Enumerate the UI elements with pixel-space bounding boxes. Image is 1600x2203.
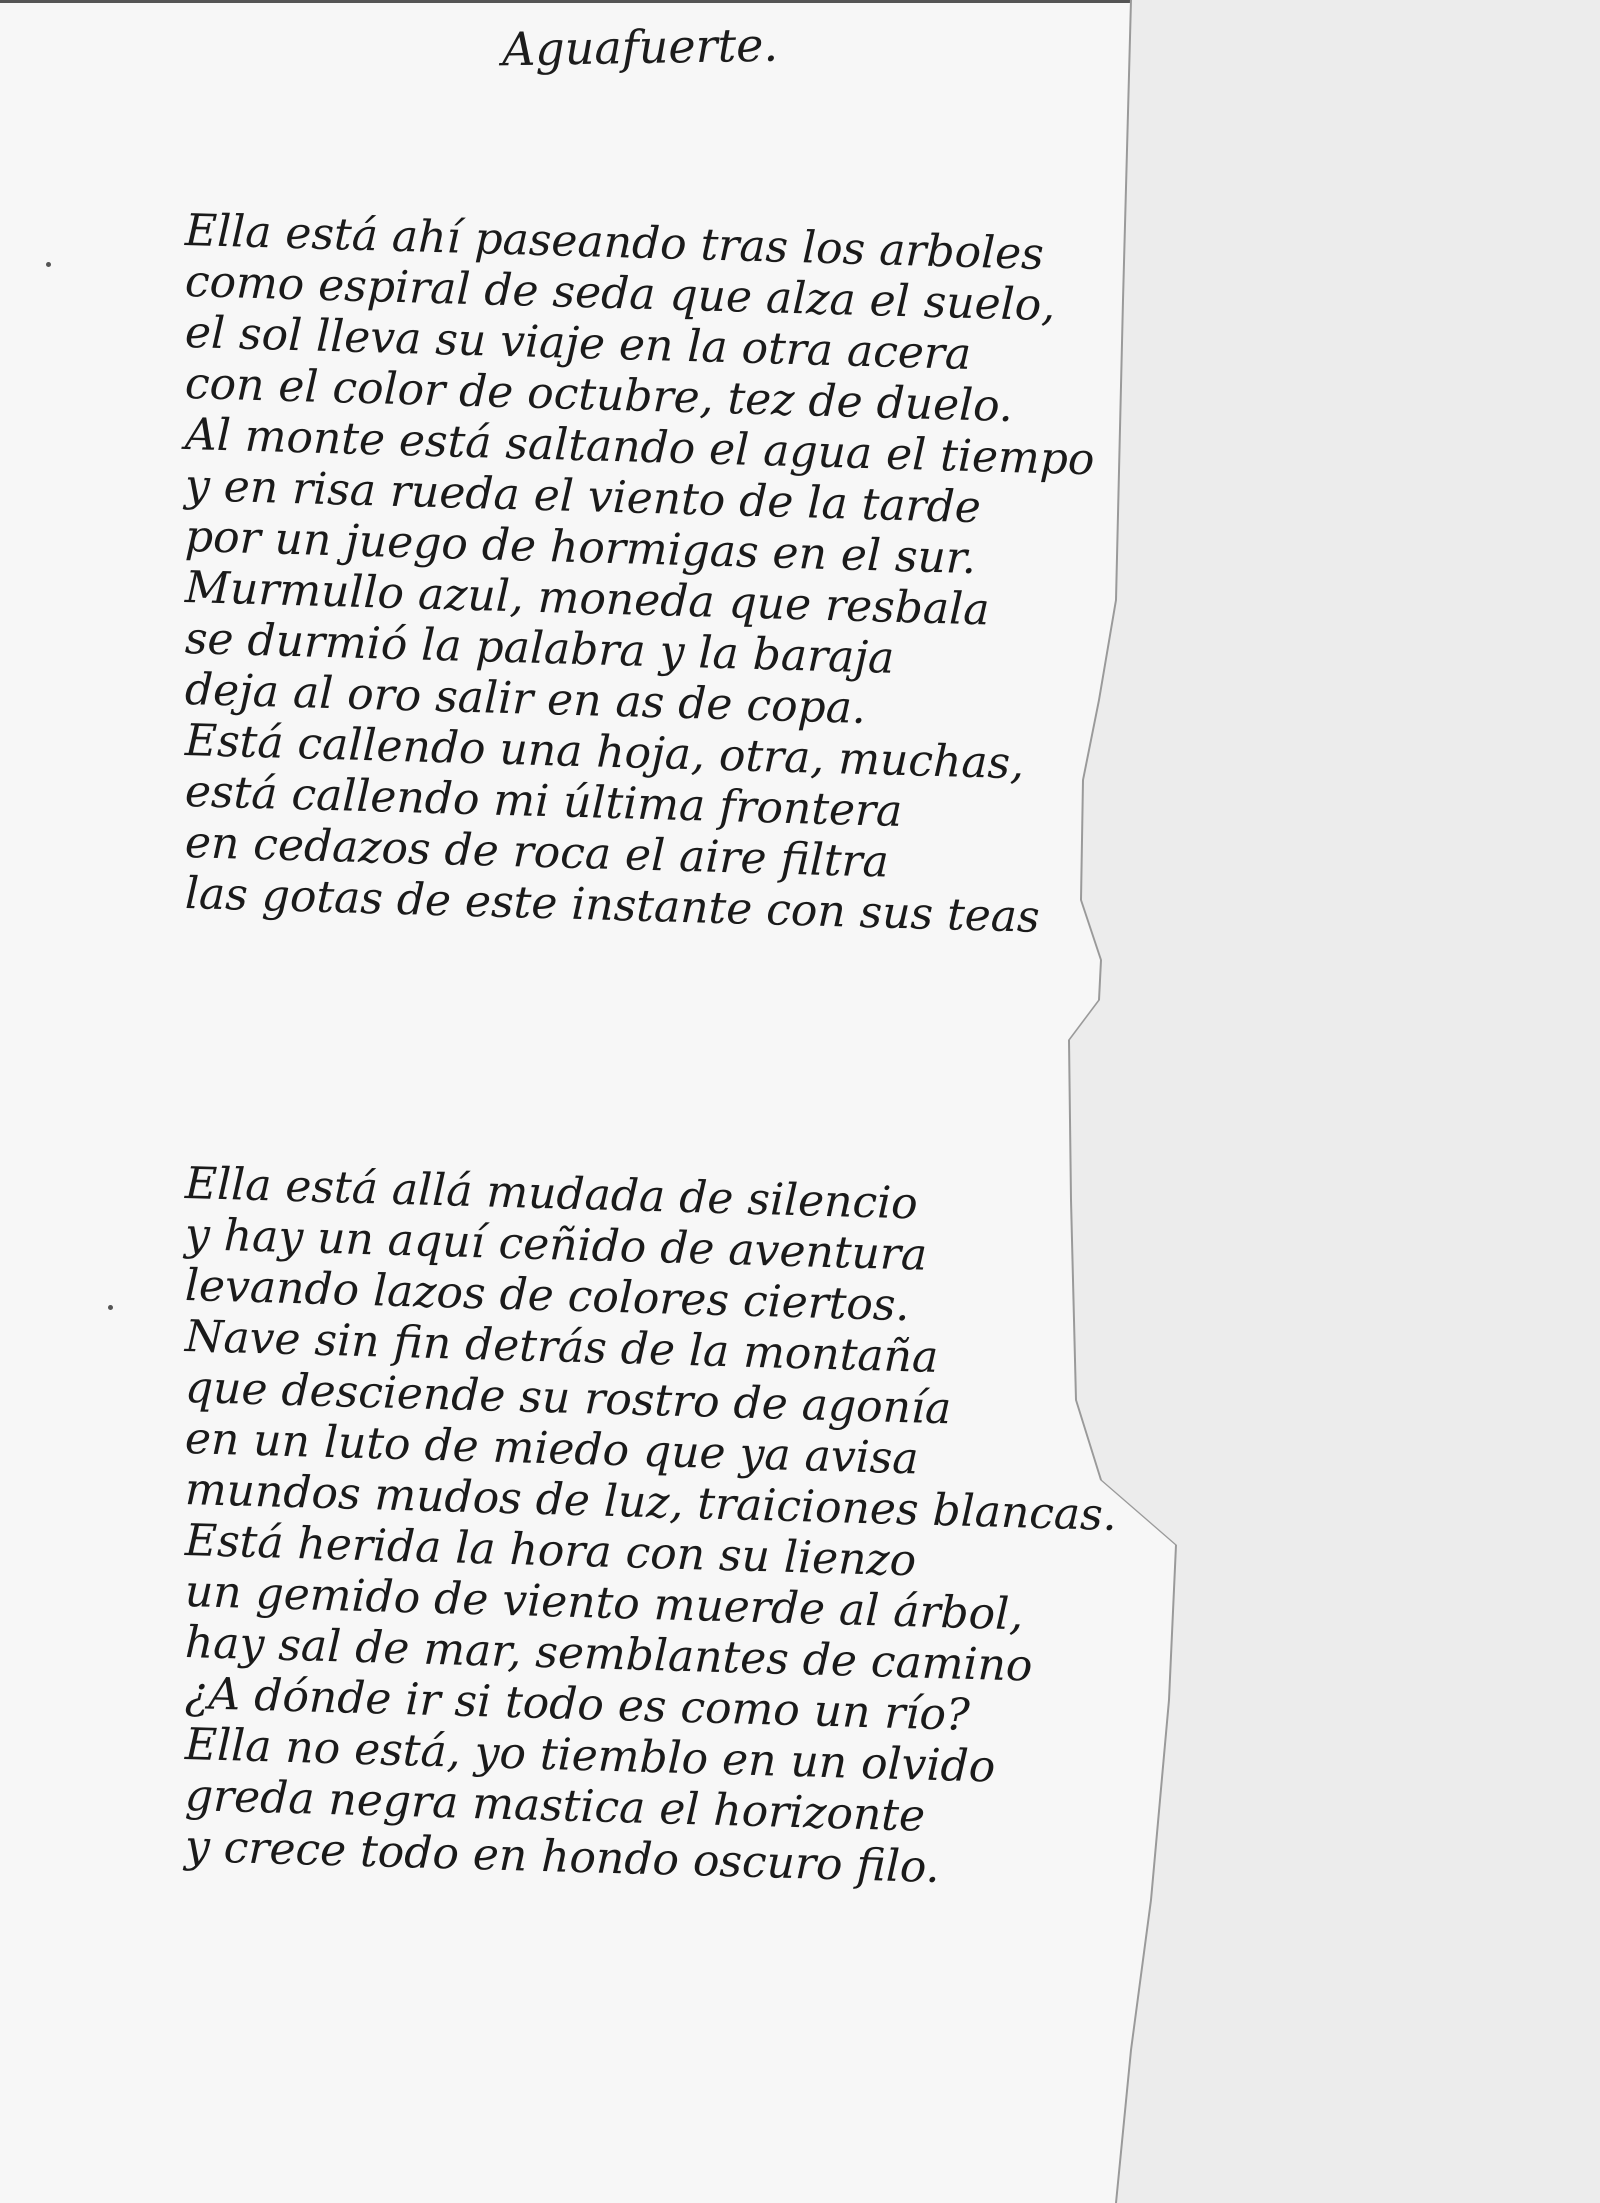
stanza-1: Ella está ahí paseando tras los arboles … xyxy=(185,205,1095,919)
paper-top-edge xyxy=(0,0,1130,3)
stanza-2: Ella está allá mudada de silencio y hay … xyxy=(185,1158,1117,1872)
ink-speck xyxy=(46,262,51,267)
paper-sheet: Aguafuerte. Ella está ahí paseando tras … xyxy=(0,0,1600,2203)
ink-speck xyxy=(108,1305,113,1310)
poem-title: Aguafuerte. xyxy=(470,17,811,77)
